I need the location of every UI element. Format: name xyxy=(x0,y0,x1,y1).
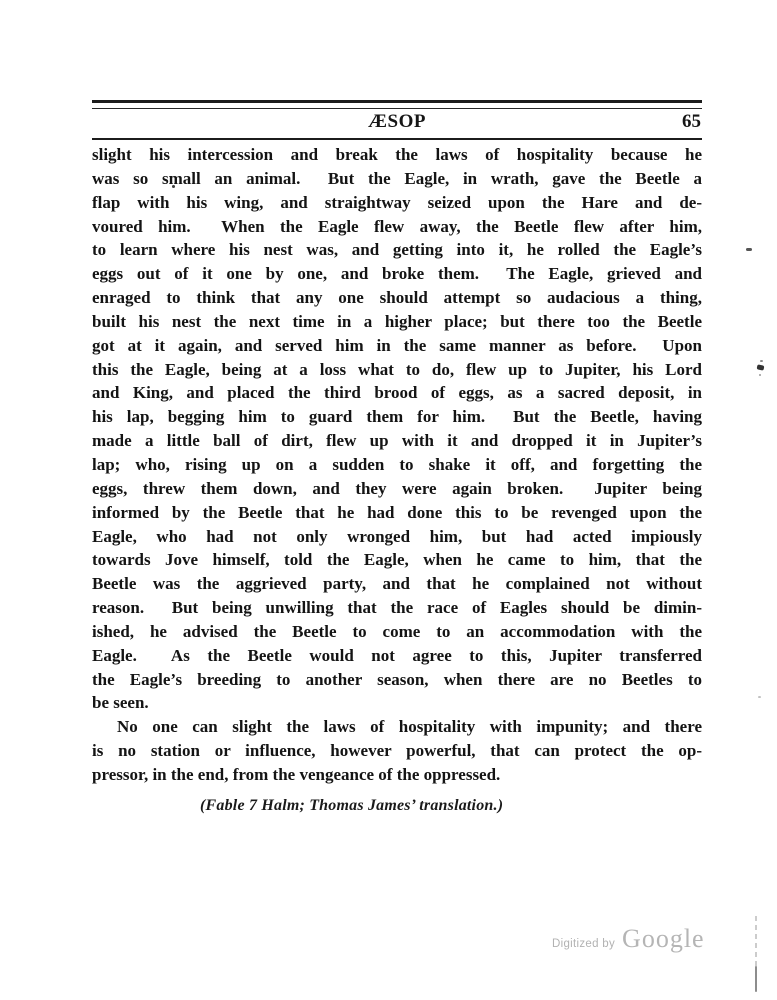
page-number: 65 xyxy=(682,110,701,134)
text-line: flap with his wing, and straightway seiz… xyxy=(92,191,702,215)
ink-speck xyxy=(758,696,761,698)
ink-speck xyxy=(757,364,765,370)
text-line: this the Eagle, being at a loss what to … xyxy=(92,358,702,382)
text-line: Eagle, who had not only wronged him, but… xyxy=(92,525,702,549)
header-rule-bottom xyxy=(92,138,702,140)
text-line: the Eagle’s breeding to another season, … xyxy=(92,668,702,692)
page-edge-scan-line-light xyxy=(755,916,757,968)
ink-speck xyxy=(746,248,752,251)
text-line: be seen. xyxy=(92,691,702,715)
text-line: voured him. When the Eagle flew away, th… xyxy=(92,215,702,239)
text-line: ished, he advised the Beetle to come to … xyxy=(92,620,702,644)
page-title: ÆSOP xyxy=(92,110,702,134)
page-edge-scan-line-dark xyxy=(755,966,757,992)
text-line: built his nest the next time in a higher… xyxy=(92,310,702,334)
header-rule-thick xyxy=(92,100,702,103)
text-line: his lap, begging him to guard them for h… xyxy=(92,405,702,429)
text-line: No one can slight the laws of hospitalit… xyxy=(92,715,702,739)
text-line: to learn where his nest was, and getting… xyxy=(92,238,702,262)
ink-speck xyxy=(760,360,763,362)
text-line: towards Jove himself, told the Eagle, wh… xyxy=(92,548,702,572)
running-head: ÆSOP 65 xyxy=(92,110,702,134)
text-line: slight his intercession and break the la… xyxy=(92,143,702,167)
watermark-prefix: Digitized by xyxy=(552,938,615,950)
text-line: pressor, in the end, from the vengeance … xyxy=(92,763,702,787)
text-line: is no station or influence, however powe… xyxy=(92,739,702,763)
attribution-line: (Fable 7 Halm; Thomas James’ translation… xyxy=(200,797,503,815)
text-line: eggs out of it one by one, and broke the… xyxy=(92,262,702,286)
body-text: slight his intercession and break the la… xyxy=(92,143,702,787)
text-line: was so small an animal. But the Eagle, i… xyxy=(92,167,702,191)
ink-speck xyxy=(759,374,761,376)
text-line: and King, and placed the third brood of … xyxy=(92,381,702,405)
ink-speck xyxy=(172,185,175,188)
text-line: enraged to think that any one should att… xyxy=(92,286,702,310)
text-line: informed by the Beetle that he had done … xyxy=(92,501,702,525)
text-line: made a little ball of dirt, flew up with… xyxy=(92,429,702,453)
google-logo: Google xyxy=(622,924,705,954)
text-line: Beetle was the aggrieved party, and that… xyxy=(92,572,702,596)
text-line: reason. But being unwilling that the rac… xyxy=(92,596,702,620)
text-line: lap; who, rising up on a sudden to shake… xyxy=(92,453,702,477)
google-watermark: Digitized by Google xyxy=(552,924,705,954)
book-page-scan: ÆSOP 65 slight his intercession and brea… xyxy=(0,0,777,1000)
text-line: got at it again, and served him in the s… xyxy=(92,334,702,358)
text-line: eggs, threw them down, and they were aga… xyxy=(92,477,702,501)
text-line: Eagle. As the Beetle would not agree to … xyxy=(92,644,702,668)
